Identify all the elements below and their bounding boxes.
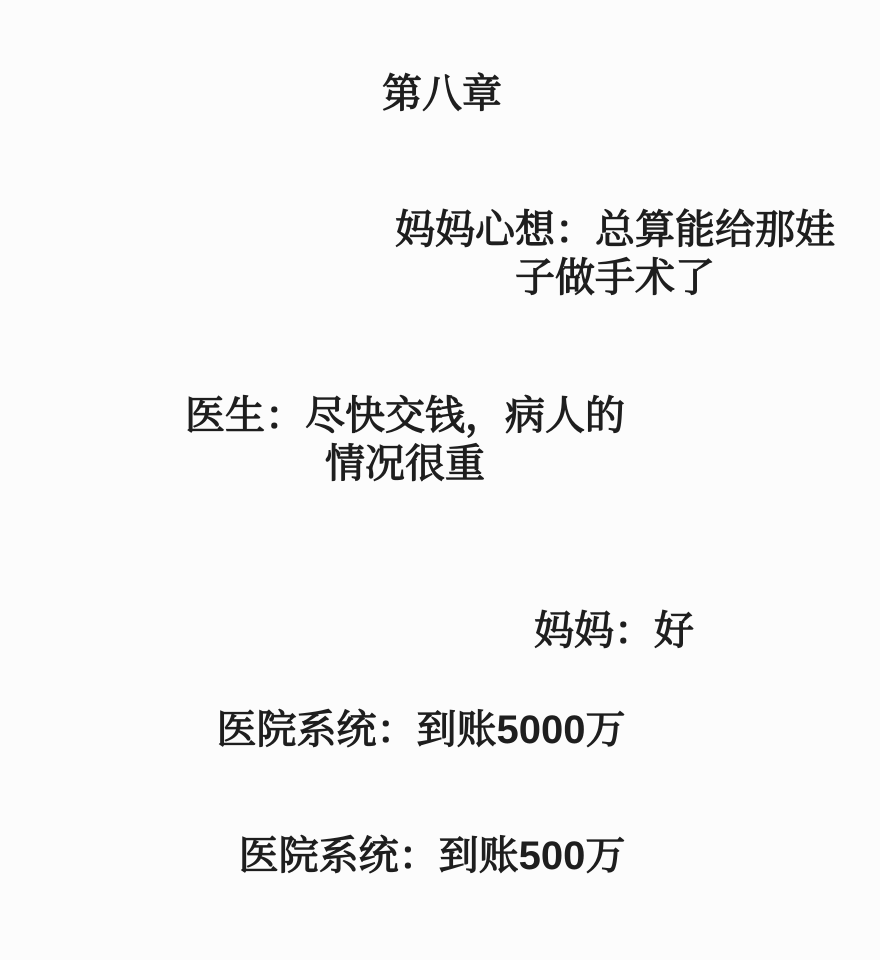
dialogue-line: 情况很重	[185, 440, 625, 488]
dialogue-line: 医生：尽快交钱，病人的	[185, 392, 625, 440]
dialogue-hospital-system-2: 医院系统：到账500万	[239, 832, 626, 880]
dialogue-line: 医院系统：到账500万	[239, 832, 626, 880]
dialogue-line: 妈妈心想：总算能给那娃	[395, 206, 835, 254]
dialogue-mom-thought: 妈妈心想：总算能给那娃 子做手术了	[395, 206, 835, 302]
chapter-title: 第八章	[382, 70, 502, 118]
dialogue-doctor: 医生：尽快交钱，病人的 情况很重	[185, 392, 625, 488]
dialogue-line: 妈妈：好	[534, 607, 694, 655]
dialogue-line: 子做手术了	[395, 254, 835, 302]
chapter-page: 第八章 妈妈心想：总算能给那娃 子做手术了 医生：尽快交钱，病人的 情况很重 妈…	[0, 0, 880, 960]
dialogue-line: 医院系统：到账5000万	[217, 706, 626, 754]
dialogue-mom-reply: 妈妈：好	[534, 607, 694, 655]
dialogue-hospital-system-1: 医院系统：到账5000万	[217, 706, 626, 754]
